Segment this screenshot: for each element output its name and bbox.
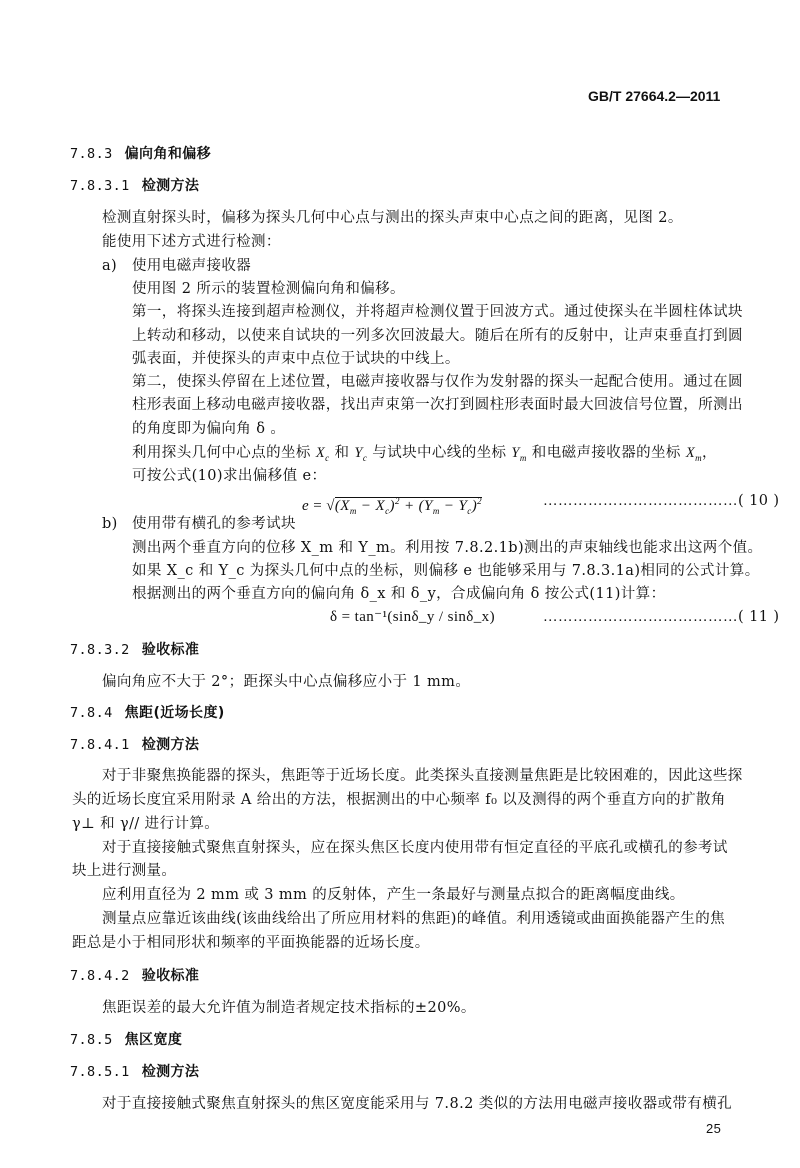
section-title: 检测方法 (142, 737, 200, 753)
section-number: 7.8.3.1 (70, 178, 130, 194)
formula-10-leader: …………………………………( 10 ) (543, 492, 779, 510)
section-number: 7.8.4.2 (70, 968, 130, 984)
section-title: 焦距(近场长度) (125, 705, 225, 721)
section-title: 偏向角和偏移 (125, 146, 211, 162)
list-marker: a) (102, 257, 132, 275)
page-number: 25 (706, 1120, 721, 1138)
list-item-b: b)使用带有横孔的参考试块 (102, 515, 296, 533)
paragraph: 检测直射探头时，偏移为探头几何中心点与测出的探头声束中心点之间的距离，见图 2。 (102, 209, 683, 227)
section-heading-7-8-5-1: 7.8.5.1检测方法 (70, 1063, 199, 1081)
paragraph: 应利用直径为 2 mm 或 3 mm 的反射体，产生一条最好与测量点拟合的距离幅… (102, 886, 685, 904)
var-yc: Yc (354, 445, 367, 461)
list-item-a: a)使用电磁声接收器 (102, 257, 251, 275)
paragraph-line: 测出两个垂直方向的位移 X_m 和 Y_m。利用按 7.8.2.1b)测出的声束… (132, 539, 762, 557)
section-title: 验收标准 (142, 968, 200, 984)
section-number: 7.8.3 (70, 146, 113, 162)
var-xc: Xc (316, 445, 330, 461)
equation-number: ( 11 ) (738, 609, 779, 625)
paragraph-line: 测量点应靠近该曲线(该曲线给出了所应用材料的焦距)的峰值。利用透镜或曲面换能器产… (102, 910, 725, 928)
standard-code: GB/T 27664.2—2011 (588, 87, 720, 105)
paragraph-line: 距总是小于相同形状和频率的平面换能器的近场长度。 (72, 934, 430, 952)
paragraph-line: 上转动和移动，以使来自试块的一列多次回波最大。随后在所有的反射中，让声束垂直打到… (132, 327, 743, 345)
paragraph-line: 块上进行测量。 (72, 862, 176, 880)
list-item-title: 使用带有横孔的参考试块 (132, 516, 296, 532)
text: 利用探头几何中心点的坐标 (132, 445, 316, 461)
section-heading-7-8-4: 7.8.4焦距(近场长度) (70, 704, 225, 722)
paragraph: 使用图 2 所示的装置检测偏向角和偏移。 (132, 280, 405, 298)
section-number: 7.8.3.2 (70, 642, 130, 658)
paragraph-line: 弧表面，并使探头的声束中点位于试块的中线上。 (132, 350, 460, 368)
paragraph-line: 对于直接接触式聚焦直射探头，应在探头焦区长度内使用带有恒定直径的平底孔或横孔的参… (102, 839, 728, 857)
section-heading-7-8-3: 7.8.3偏向角和偏移 (70, 145, 211, 163)
paragraph-line: 根据测出的两个垂直方向的偏向角 δ_x 和 δ_y，合成偏向角 δ 按公式(11… (132, 585, 665, 603)
leader-dots: ………………………………… (543, 609, 738, 625)
section-title: 检测方法 (142, 1064, 200, 1080)
section-heading-7-8-4-1: 7.8.4.1检测方法 (70, 736, 199, 754)
formula-lhs: e (302, 498, 309, 514)
section-heading-7-8-5: 7.8.5焦区宽度 (70, 1031, 182, 1049)
paragraph: 能使用下述方式进行检测： (102, 233, 281, 251)
section-number: 7.8.4 (70, 705, 113, 721)
formula-expression: (Xm − Xc)2 + (Ym − Yc)2 (335, 497, 482, 514)
paragraph-line: γ⊥ 和 γ// 进行计算。 (72, 815, 219, 833)
paragraph-line: 如果 X_c 和 Y_c 为探头几何中点的坐标，则偏移 e 也能够采用与 7.8… (132, 562, 760, 580)
section-heading-7-8-3-1: 7.8.3.1检测方法 (70, 177, 199, 195)
paragraph-line: 对于直接接触式聚焦直射探头的焦区宽度能采用与 7.8.2 类似的方法用电磁声接收… (102, 1095, 732, 1113)
text: 和 (329, 445, 354, 461)
text: 和电磁声接收器的坐标 (527, 445, 686, 461)
formula-10: e = √(Xm − Xc)2 + (Ym − Yc)2 (302, 492, 482, 520)
paragraph-line: 的角度即为偏向角 δ 。 (132, 420, 285, 438)
list-item-title: 使用电磁声接收器 (132, 258, 251, 274)
section-number: 7.8.5 (70, 1032, 113, 1048)
section-number: 7.8.4.1 (70, 737, 130, 753)
paragraph-line: 第二，使探头停留在上述位置，电磁声接收器与仅作为发射器的探头一起配合使用。通过在… (132, 373, 743, 391)
formula-11-leader: …………………………………( 11 ) (543, 608, 779, 626)
paragraph-line: 头的近场长度宜采用附录 A 给出的方法，根据测出的中心频率 f₀ 以及测得的两个… (72, 791, 726, 809)
section-title: 焦区宽度 (125, 1032, 183, 1048)
paragraph-line: 可按公式(10)求出偏移值 e： (132, 467, 326, 485)
var-ym: Ym (511, 445, 526, 461)
paragraph-line: 利用探头几何中心点的坐标 Xc 和 Yc 与试块中心线的坐标 Ym 和电磁声接收… (132, 444, 717, 467)
paragraph: 偏向角应不大于 2°；距探头中心点偏移应小于 1 mm。 (102, 673, 470, 691)
section-title: 检测方法 (142, 178, 200, 194)
var-xm: Xm (686, 445, 702, 461)
paragraph-line: 第一，将探头连接到超声检测仪，并将超声检测仪置于回波方式。通过使探头在半圆柱体试… (132, 303, 743, 321)
formula-11: δ = tan⁻¹(sinδ_y / sinδ_x) (330, 608, 495, 626)
paragraph: 焦距误差的最大允许值为制造者规定技术指标的±20%。 (102, 999, 476, 1017)
paragraph-line: 柱形表面上移动电磁声接收器，找出声束第一次打到圆柱形表面时最大回波信号位置，所测… (132, 396, 743, 414)
paragraph-line: 对于非聚焦换能器的探头，焦距等于近场长度。此类探头直接测量焦距是比较困难的，因此… (102, 767, 743, 785)
list-marker: b) (102, 515, 132, 533)
leader-dots: ………………………………… (543, 493, 738, 509)
text: 与试块中心线的坐标 (367, 445, 511, 461)
section-heading-7-8-3-2: 7.8.3.2验收标准 (70, 641, 199, 659)
text: ， (702, 445, 717, 461)
equation-number: ( 10 ) (738, 493, 779, 509)
section-number: 7.8.5.1 (70, 1064, 130, 1080)
section-heading-7-8-4-2: 7.8.4.2验收标准 (70, 967, 199, 985)
section-title: 验收标准 (142, 642, 200, 658)
